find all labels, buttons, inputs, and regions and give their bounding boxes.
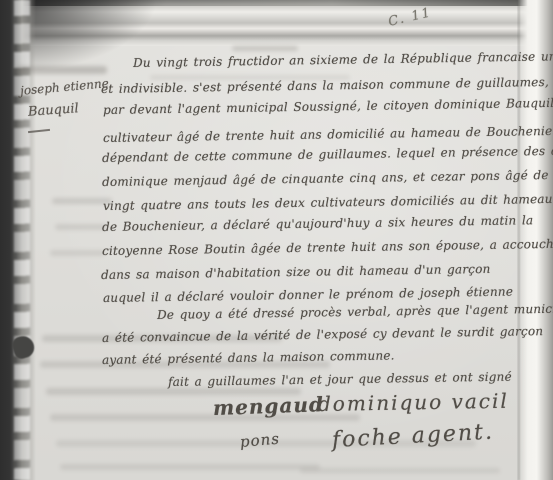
signature-dominique: dominiquo vacil: [318, 389, 509, 416]
bleedthrough-smudge: [15, 66, 107, 74]
signature-pons: pons: [239, 430, 280, 451]
bleedthrough-smudge: [300, 468, 500, 473]
document-scan: C. 11 joseph etienne Bauquil Du vingt tr…: [0, 0, 553, 480]
bleedthrough-smudge: [232, 46, 298, 51]
bleedthrough-smudge: [50, 250, 105, 256]
bleedthrough-smudge: [55, 224, 107, 230]
signature-mengaud: mengaud: [213, 392, 325, 420]
bleedthrough-smudge: [60, 464, 320, 470]
